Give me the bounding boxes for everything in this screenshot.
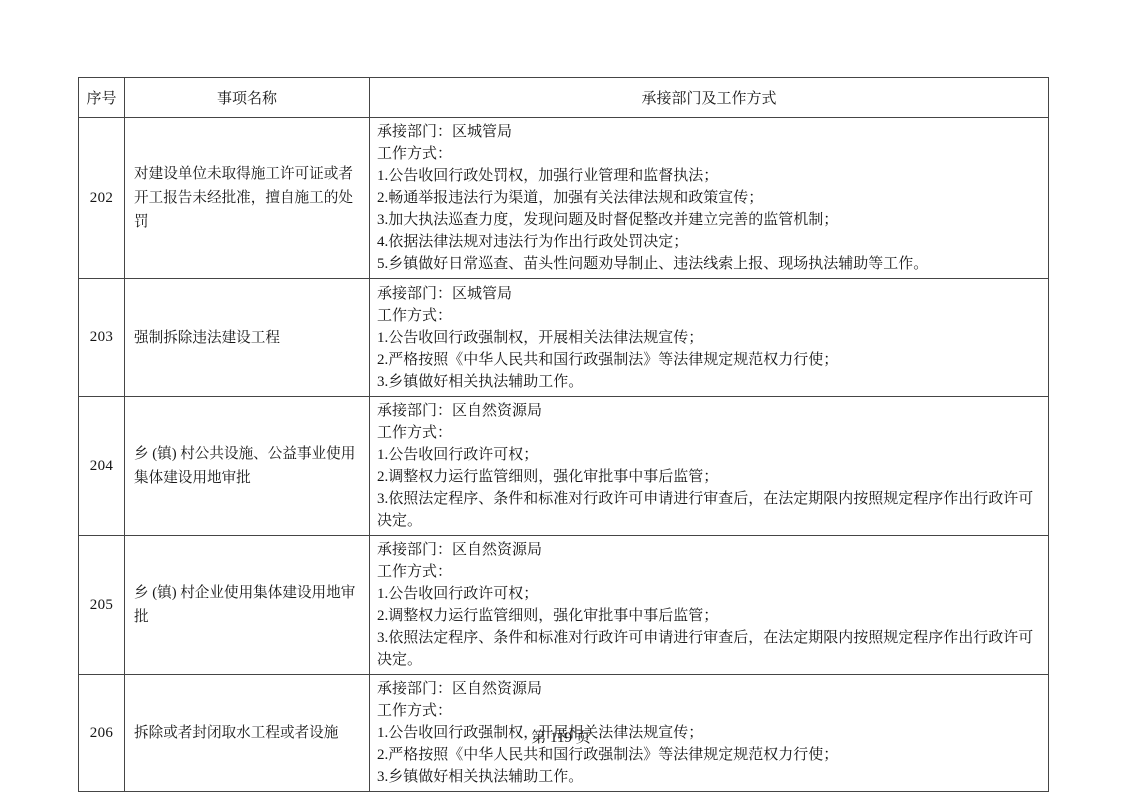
detail-line: 3.乡镇做好相关执法辅助工作。 [377,371,1043,393]
serial-number-cell: 204 [79,397,125,536]
serial-number-cell: 205 [79,536,125,675]
document-page: 序号 事项名称 承接部门及工作方式 202 对建设单位未取得施工许可证或者开工报… [0,0,1122,793]
table-row: 203 强制拆除违法建设工程 承接部门：区城管局 工作方式： 1.公告收回行政强… [79,279,1049,397]
table-row: 205 乡 (镇) 村企业使用集体建设用地审批 承接部门：区自然资源局 工作方式… [79,536,1049,675]
detail-cell: 承接部门：区城管局 工作方式： 1.公告收回行政处罚权，加强行业管理和监督执法；… [370,118,1049,279]
detail-cell: 承接部门：区城管局 工作方式： 1.公告收回行政强制权，开展相关法律法规宣传； … [370,279,1049,397]
detail-line: 工作方式： [377,143,1043,165]
items-table: 序号 事项名称 承接部门及工作方式 202 对建设单位未取得施工许可证或者开工报… [78,77,1049,792]
item-name-cell: 强制拆除违法建设工程 [125,279,370,397]
detail-line: 2.调整权力运行监管细则，强化审批事中事后监管； [377,466,1043,488]
detail-line: 工作方式： [377,422,1043,444]
detail-line: 1.公告收回行政许可权； [377,583,1043,605]
item-name-cell: 对建设单位未取得施工许可证或者开工报告未经批准，擅自施工的处罚 [125,118,370,279]
detail-line: 1.公告收回行政许可权； [377,444,1043,466]
detail-line: 承接部门：区自然资源局 [377,678,1043,700]
detail-line: 2.严格按照《中华人民共和国行政强制法》等法律规定规范权力行使； [377,744,1043,766]
detail-line: 4.依据法律法规对违法行为作出行政处罚决定； [377,231,1043,253]
header-item-name: 事项名称 [125,78,370,118]
detail-line: 工作方式： [377,561,1043,583]
detail-line: 承接部门：区城管局 [377,283,1043,305]
detail-line: 3.依照法定程序、条件和标准对行政许可申请进行审查后，在法定期限内按照规定程序作… [377,488,1043,532]
detail-line: 3.乡镇做好相关执法辅助工作。 [377,766,1043,788]
header-department-method: 承接部门及工作方式 [370,78,1049,118]
header-serial-number: 序号 [79,78,125,118]
detail-line: 1.公告收回行政强制权，开展相关法律法规宣传； [377,327,1043,349]
detail-line: 2.调整权力运行监管细则，强化审批事中事后监管； [377,605,1043,627]
detail-cell: 承接部门：区自然资源局 工作方式： 1.公告收回行政许可权； 2.调整权力运行监… [370,397,1049,536]
page-number: 第 119 页 [0,726,1122,747]
serial-number-cell: 202 [79,118,125,279]
item-name-cell: 乡 (镇) 村企业使用集体建设用地审批 [125,536,370,675]
detail-line: 承接部门：区自然资源局 [377,539,1043,561]
table-header-row: 序号 事项名称 承接部门及工作方式 [79,78,1049,118]
serial-number-cell: 203 [79,279,125,397]
item-name-cell: 乡 (镇) 村公共设施、公益事业使用集体建设用地审批 [125,397,370,536]
table-row: 204 乡 (镇) 村公共设施、公益事业使用集体建设用地审批 承接部门：区自然资… [79,397,1049,536]
detail-line: 2.畅通举报违法行为渠道，加强有关法律法规和政策宣传； [377,187,1043,209]
detail-line: 1.公告收回行政处罚权，加强行业管理和监督执法； [377,165,1043,187]
detail-line: 承接部门：区自然资源局 [377,400,1043,422]
table-row: 202 对建设单位未取得施工许可证或者开工报告未经批准，擅自施工的处罚 承接部门… [79,118,1049,279]
detail-line: 2.严格按照《中华人民共和国行政强制法》等法律规定规范权力行使； [377,349,1043,371]
detail-line: 工作方式： [377,700,1043,722]
detail-line: 5.乡镇做好日常巡查、苗头性问题劝导制止、违法线索上报、现场执法辅助等工作。 [377,253,1043,275]
detail-line: 承接部门：区城管局 [377,121,1043,143]
detail-line: 工作方式： [377,305,1043,327]
detail-line: 3.加大执法巡查力度，发现问题及时督促整改并建立完善的监管机制； [377,209,1043,231]
detail-cell: 承接部门：区自然资源局 工作方式： 1.公告收回行政许可权； 2.调整权力运行监… [370,536,1049,675]
detail-line: 3.依照法定程序、条件和标准对行政许可申请进行审查后，在法定期限内按照规定程序作… [377,627,1043,671]
